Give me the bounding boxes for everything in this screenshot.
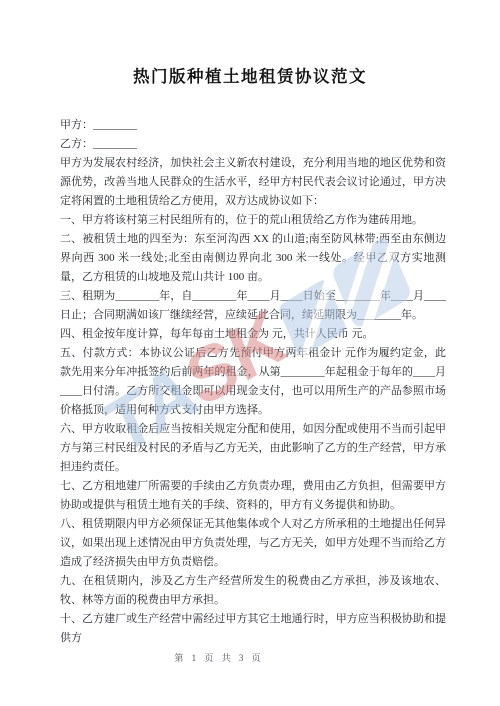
clause-3: 三、租期为________年，自________年____月____日始至___… (60, 287, 446, 325)
document-body: 甲方：________ 乙方：________ 甲方为发展农村经济，加快社会主义… (60, 116, 446, 648)
document-page: 热门版种植土地租赁协议范文 甲方：________ 乙方：________ 甲方… (0, 0, 500, 706)
clause-1: 一、甲方将该村第三村民组所有的，位于的荒山租赁给乙方作为建砖用地。 (60, 211, 446, 230)
intro-paragraph: 甲方为发展农村经济，加快社会主义新农村建设，充分利用当地的地区优势和资源优势，改… (60, 154, 446, 211)
clause-5: 五、付款方式：本协议公证后乙方先预付甲方两年租金计 元作为履约定金，此款先用来分… (60, 344, 446, 420)
clause-6: 六、甲方收取租金后应当按相关规定分配和使用，如因分配或使用不当而引起甲方与第三村… (60, 420, 446, 477)
clause-2: 二、被租赁土地的四至为：东至河沟西 XX 的山道;南至防风林带;西至由东侧边界向… (60, 230, 446, 287)
page-footer: 第 1 页 共 3 页 (0, 651, 500, 664)
party-a-line: 甲方：________ (60, 116, 446, 135)
clause-4: 四、租金按年度计算，每年每亩土地租金为 元，共计人民币 元。 (60, 325, 446, 344)
clause-10: 十、乙方建厂或生产经营中需经过甲方其它土地通行时，甲方应当积极协助和提供方 (60, 610, 446, 648)
page-number: 第 1 页 共 3 页 (174, 653, 263, 663)
clause-7: 七、乙方租地建厂所需要的手续由乙方负责办理，费用由乙方负担，但需要甲方协助或提供… (60, 477, 446, 515)
clause-8: 八、租赁期限内甲方必须保证无其他集体或个人对乙方所承租的土地提出任何异议，如果出… (60, 515, 446, 572)
document-title: 热门版种植土地租赁协议范文 (0, 63, 500, 87)
party-b-line: 乙方：________ (60, 135, 446, 154)
clause-9: 九、在租赁期内，涉及乙方生产经营所发生的税费由乙方承担，涉及该地农、牧、林等方面… (60, 572, 446, 610)
